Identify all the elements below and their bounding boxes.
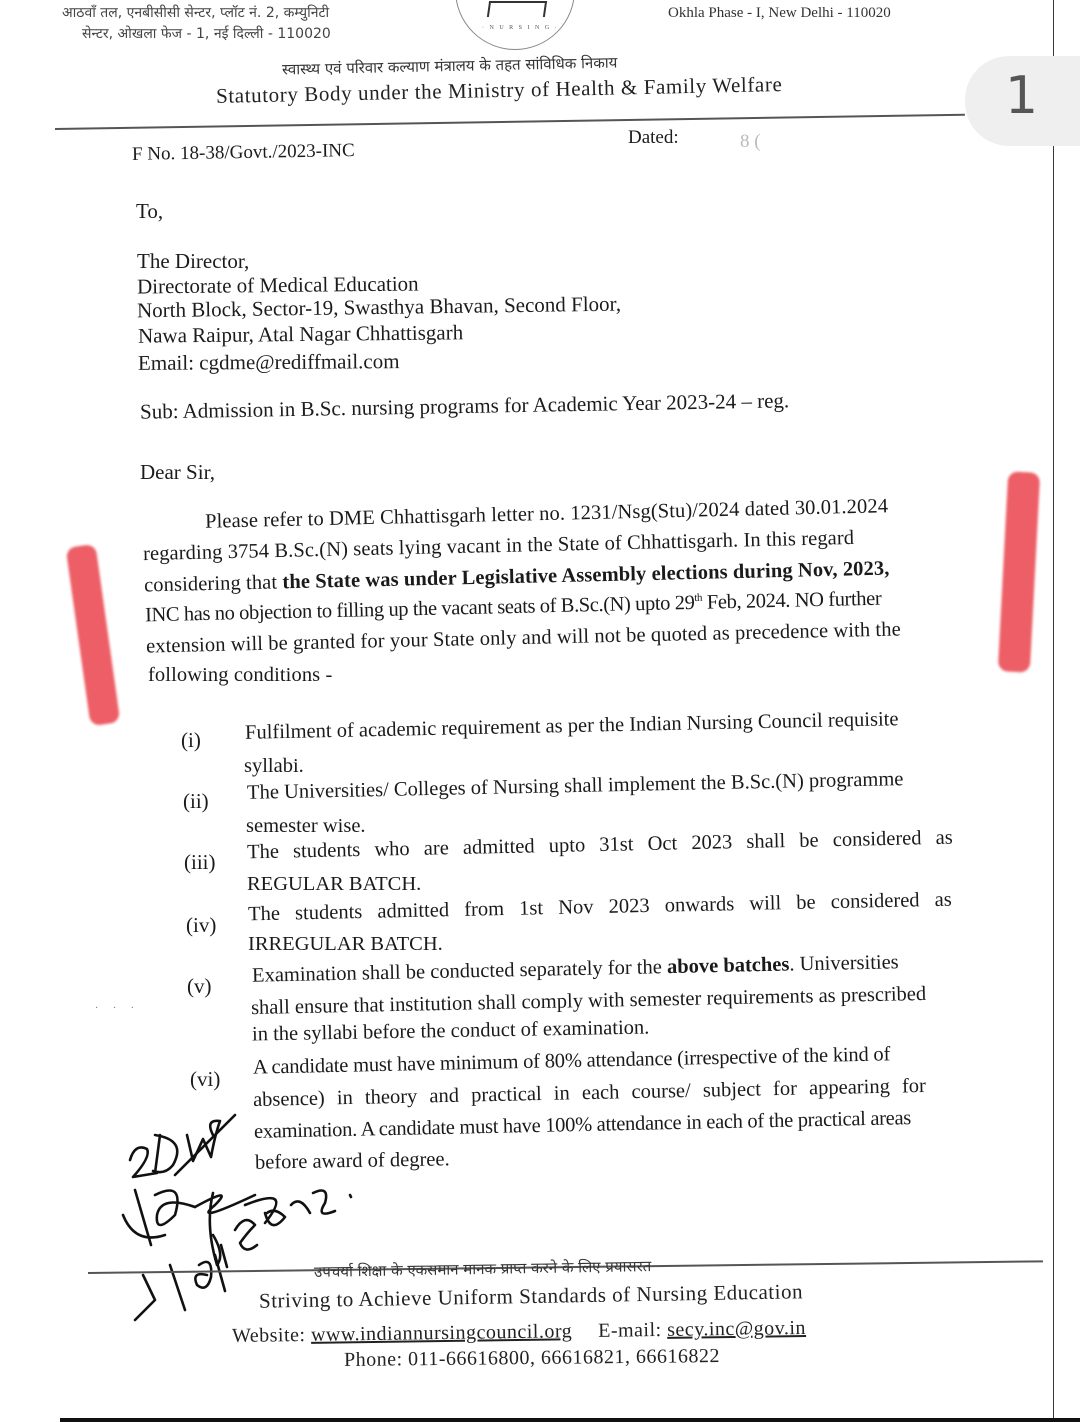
condition-5-line-1: Examination shall be conducted separatel… xyxy=(252,951,899,988)
dated-label: Dated: xyxy=(628,128,679,147)
recipient-line-1: The Director, xyxy=(137,251,249,272)
condition-1-number: (i) xyxy=(181,728,201,753)
footer-phone: Phone: 011-66616800, 66616821, 66616822 xyxy=(344,1345,720,1372)
condition-4-line-2: IRREGULAR BATCH. xyxy=(248,933,443,956)
recipient-line-2: Directorate of Medical Education xyxy=(137,274,419,298)
scan-specks: · · · xyxy=(95,1003,140,1014)
hindi-address-line1: आठवाँ तल, एनबीसीसी सेन्टर, प्लॉट नं. 2, … xyxy=(62,3,329,22)
email-link[interactable]: secy.inc@gov.in xyxy=(667,1317,806,1341)
condition-2-line-2: semester wise. xyxy=(246,815,366,838)
red-highlight-right xyxy=(998,471,1040,672)
seal-ring-text: · N U R S I N G · xyxy=(482,25,559,31)
condition-5-number: (v) xyxy=(187,974,212,999)
recipient-line-3: North Block, Sector-19, Swasthya Bhavan,… xyxy=(137,294,621,322)
file-number: F No. 18-38/Govt./2023-INC xyxy=(132,141,355,164)
english-address: Okhla Phase - I, New Delhi - 110020 xyxy=(668,5,891,22)
condition-2-line-1: The Universities/ Colleges of Nursing sh… xyxy=(247,768,904,805)
condition-2-number: (ii) xyxy=(183,789,209,814)
subject-line: Sub: Admission in B.Sc. nursing programs… xyxy=(140,390,789,422)
condition-3-line-2: REGULAR BATCH. xyxy=(247,873,421,896)
body-line-6: following conditions - xyxy=(148,664,332,687)
book-icon xyxy=(487,1,547,17)
condition-3-number: (iii) xyxy=(184,850,216,875)
page-bottom-edge xyxy=(60,1418,1080,1422)
inc-seal-icon: · N U R S I N G · xyxy=(455,0,575,50)
email-label: E-mail: xyxy=(598,1319,667,1342)
salutation: Dear Sir, xyxy=(140,462,215,483)
body-line-3-bold: the State was under Legislative Assembly… xyxy=(282,558,890,594)
recipient-email: Email: cgdme@rediffmail.com xyxy=(138,351,400,374)
condition-1-line-2: syllabi. xyxy=(244,755,304,778)
condition-1-line-1: Fulfilment of academic requirement as pe… xyxy=(245,708,899,745)
body-line-3-text: considering that xyxy=(144,571,283,596)
red-highlight-left xyxy=(66,544,121,726)
body-line-4-post: Feb, 2024. NO further xyxy=(702,588,882,614)
header-rule xyxy=(55,114,965,130)
condition-5-text: Examination shall be conducted separatel… xyxy=(252,956,667,987)
condition-5-line-2: shall ensure that institution shall comp… xyxy=(251,983,927,1020)
dated-value: 8 ( xyxy=(740,132,761,151)
condition-4-number: (iv) xyxy=(186,913,216,938)
condition-6-number: (vi) xyxy=(190,1067,220,1092)
recipient-line-4: Nawa Raipur, Atal Nagar Chhattisgarh xyxy=(138,322,463,346)
page-number: 1 xyxy=(1005,66,1038,126)
condition-5-line-3: in the syllabi before the conduct of exa… xyxy=(252,1017,650,1047)
condition-5-post: . Universities xyxy=(789,951,899,975)
page-number-badge: 1 xyxy=(965,56,1080,146)
website-link[interactable]: www.indiannursingcouncil.org xyxy=(311,1320,572,1346)
tagline-hindi: स्वास्थ्य एवं परिवार कल्याण मंत्रालय के … xyxy=(282,52,618,79)
body-line-4-text: INC has no objection to filling up the v… xyxy=(145,592,695,626)
hindi-address-line2: सेन्टर, ओखला फेज - 1, नई दिल्ली - 110020 xyxy=(82,24,331,43)
website-label: Website: xyxy=(232,1324,311,1347)
page-right-edge xyxy=(1053,0,1054,1422)
to-label: To, xyxy=(136,201,163,222)
condition-6-line-1: A candidate must have minimum of 80% att… xyxy=(253,1043,891,1079)
condition-5-bold: above batches xyxy=(667,954,790,979)
